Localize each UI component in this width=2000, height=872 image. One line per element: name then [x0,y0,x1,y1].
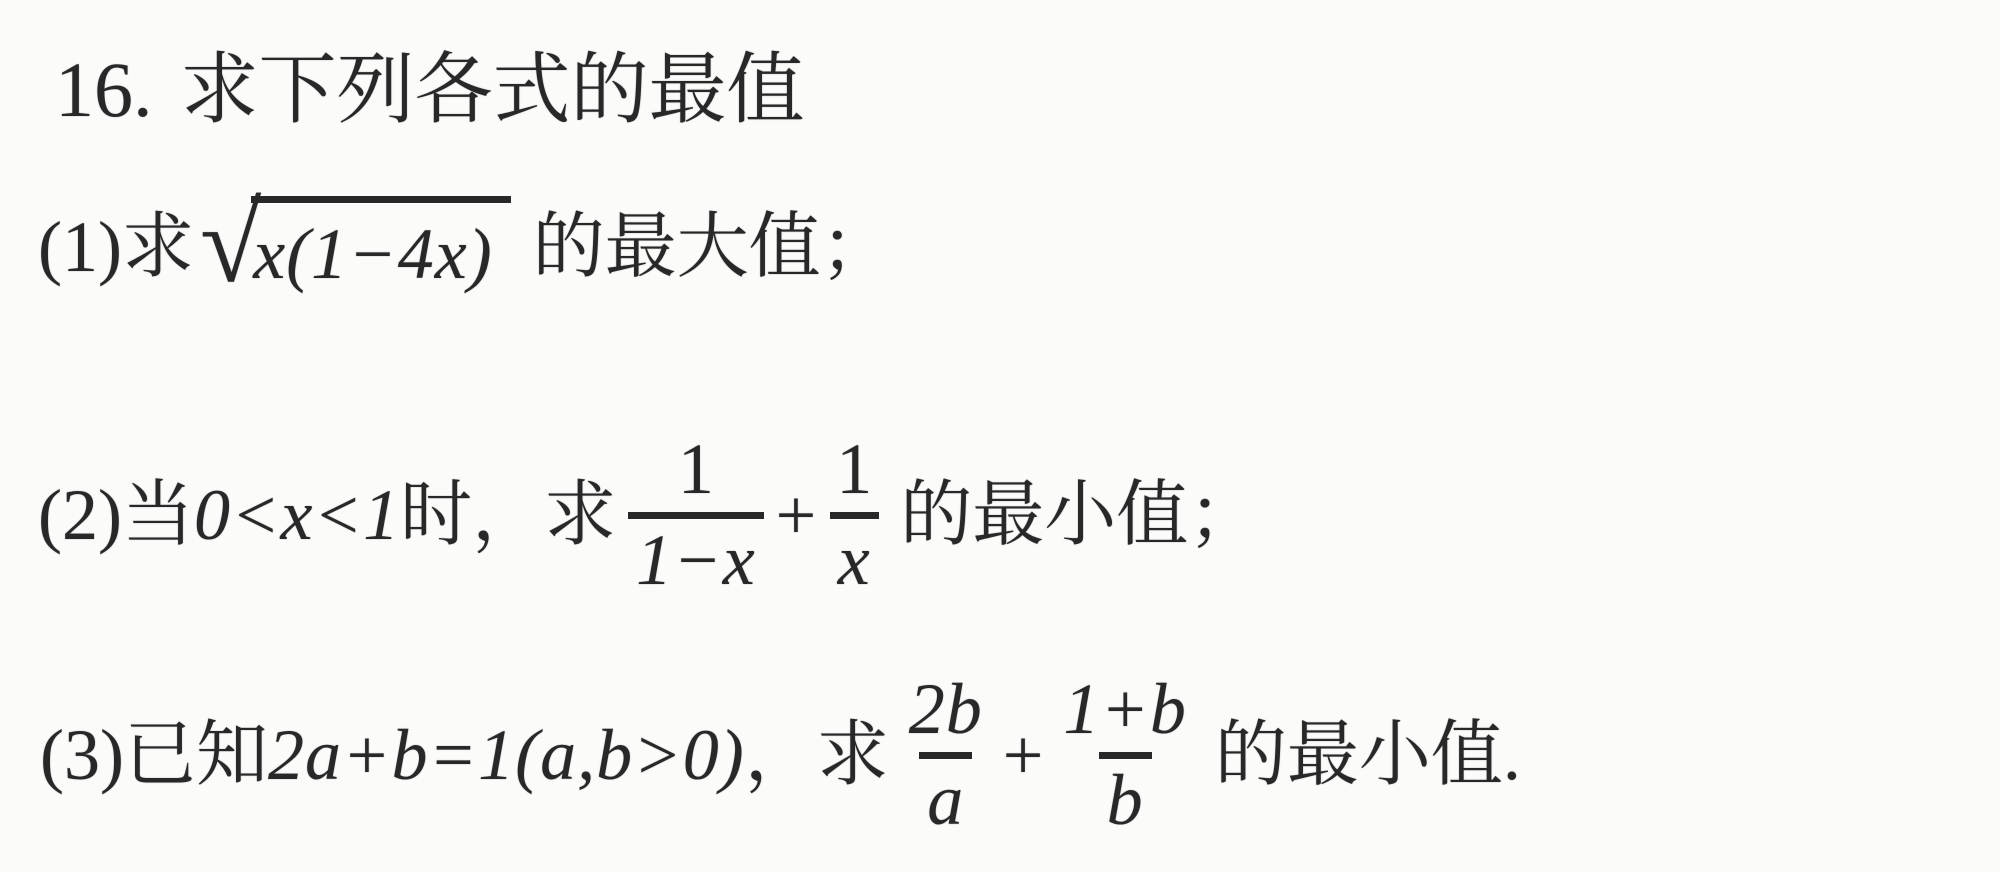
fraction-1-plus-b-over-b: 1+b b [1055,672,1195,838]
part-1: (1) 求 √ x(1−4x) 的最大值； [38,160,893,335]
part-3-label: (3) [40,714,124,797]
radicand: x(1−4x) [251,196,510,300]
part-2-label: (2) [38,474,122,557]
part-2-mid: 时，求 [400,474,616,557]
fraction-2b-over-a: 2b a [901,672,991,838]
fraction-denominator: b [1099,752,1152,839]
part-3-pre: 已知 [124,714,268,797]
part-2-pre: 当 [122,474,194,557]
fraction-denominator: x [830,512,879,599]
part-2-inequality: 0<x<1 [194,474,400,557]
fraction-1-over-x: 1 x [828,432,880,598]
fraction-1-over-1-minus-x: 1 1−x [628,432,764,598]
part-2: (2) 当 0<x<1 时，求 1 1−x + 1 x 的最小值； [38,425,1260,605]
problem-number: 16. [55,45,153,135]
fraction-numerator: 2b [901,672,991,752]
part-3-mid: ，求 [745,714,889,797]
problem-title: 求下列各式的最值 [181,45,805,135]
fraction-numerator: 1+b [1055,672,1195,752]
part-1-action: 求 [122,206,194,289]
part-3-suffix: 的最小值. [1215,714,1521,797]
plus-operator: + [776,474,817,557]
fraction-numerator: 1 [670,432,722,512]
radical-sign: √ [200,194,261,297]
fraction-denominator: a [919,752,972,839]
fraction-numerator: 1 [828,432,880,512]
fraction-denominator: 1−x [628,512,764,599]
part-1-suffix: 的最大值； [533,206,893,289]
part-3-equation: 2a+b=1(a,b>0) [268,714,745,797]
plus-operator: + [1003,714,1044,797]
part-1-label: (1) [38,206,122,289]
document-page: 16. 求下列各式的最值 (1) 求 √ x(1−4x) 的最大值； (2) 当… [0,0,2000,872]
part-3: (3) 已知 2a+b=1(a,b>0) ，求 2b a + 1+b b 的最小… [40,648,1521,863]
part-2-suffix: 的最小值； [900,474,1260,557]
sqrt-expression: √ x(1−4x) [200,196,511,300]
problem-heading: 16. 求下列各式的最值 [55,40,805,140]
